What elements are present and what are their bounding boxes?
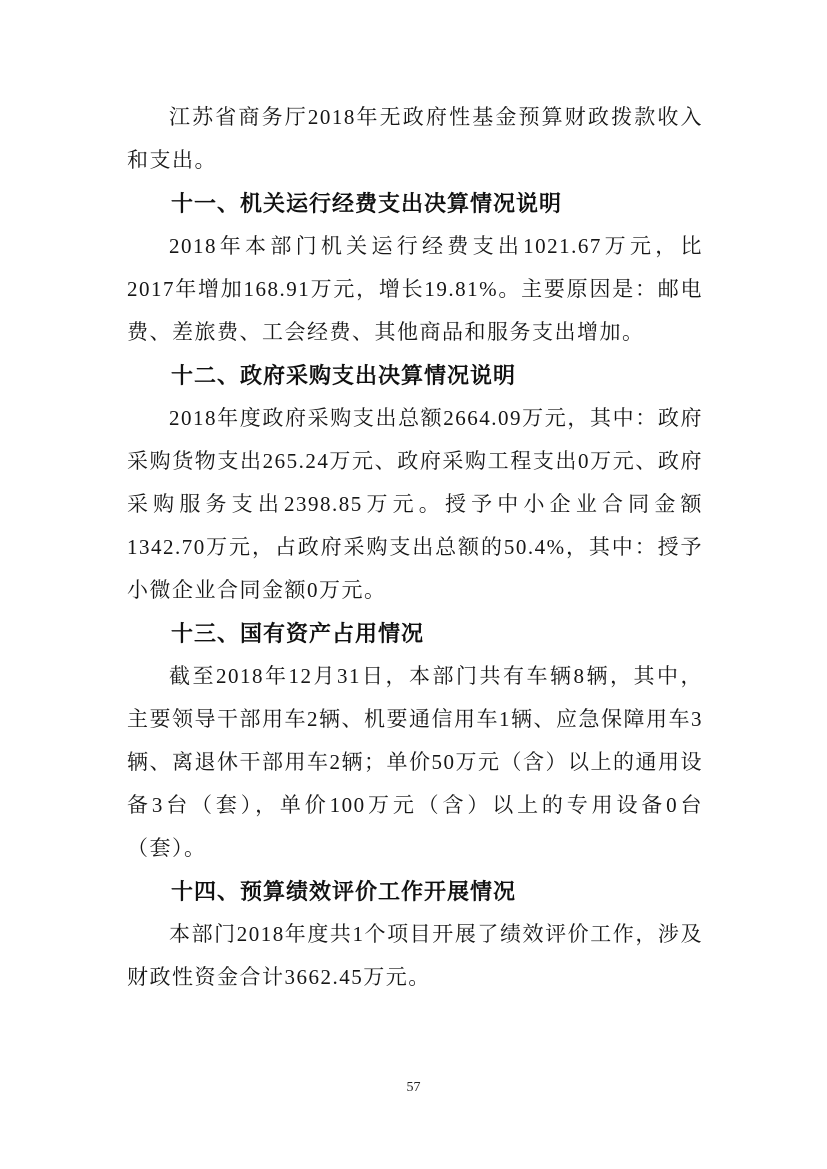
document-content: 江苏省商务厅2018年无政府性基金预算财政拨款收入和支出。 十一、机关运行经费支…: [127, 96, 703, 999]
page-number: 57: [0, 1080, 827, 1096]
section-heading-14: 十四、预算绩效评价工作开展情况: [127, 870, 703, 913]
section-12-paragraph: 2018年度政府采购支出总额2664.09万元，其中：政府采购货物支出265.2…: [127, 397, 703, 612]
section-heading-13: 十三、国有资产占用情况: [127, 612, 703, 655]
section-11-paragraph: 2018年本部门机关运行经费支出1021.67万元，比2017年增加168.91…: [127, 225, 703, 354]
intro-paragraph: 江苏省商务厅2018年无政府性基金预算财政拨款收入和支出。: [127, 96, 703, 182]
document-page: 江苏省商务厅2018年无政府性基金预算财政拨款收入和支出。 十一、机关运行经费支…: [0, 0, 827, 1169]
section-heading-12: 十二、政府采购支出决算情况说明: [127, 354, 703, 397]
section-heading-11: 十一、机关运行经费支出决算情况说明: [127, 182, 703, 225]
section-13-paragraph: 截至2018年12月31日，本部门共有车辆8辆，其中，主要领导干部用车2辆、机要…: [127, 655, 703, 870]
section-14-paragraph: 本部门2018年度共1个项目开展了绩效评价工作，涉及财政性资金合计3662.45…: [127, 913, 703, 999]
